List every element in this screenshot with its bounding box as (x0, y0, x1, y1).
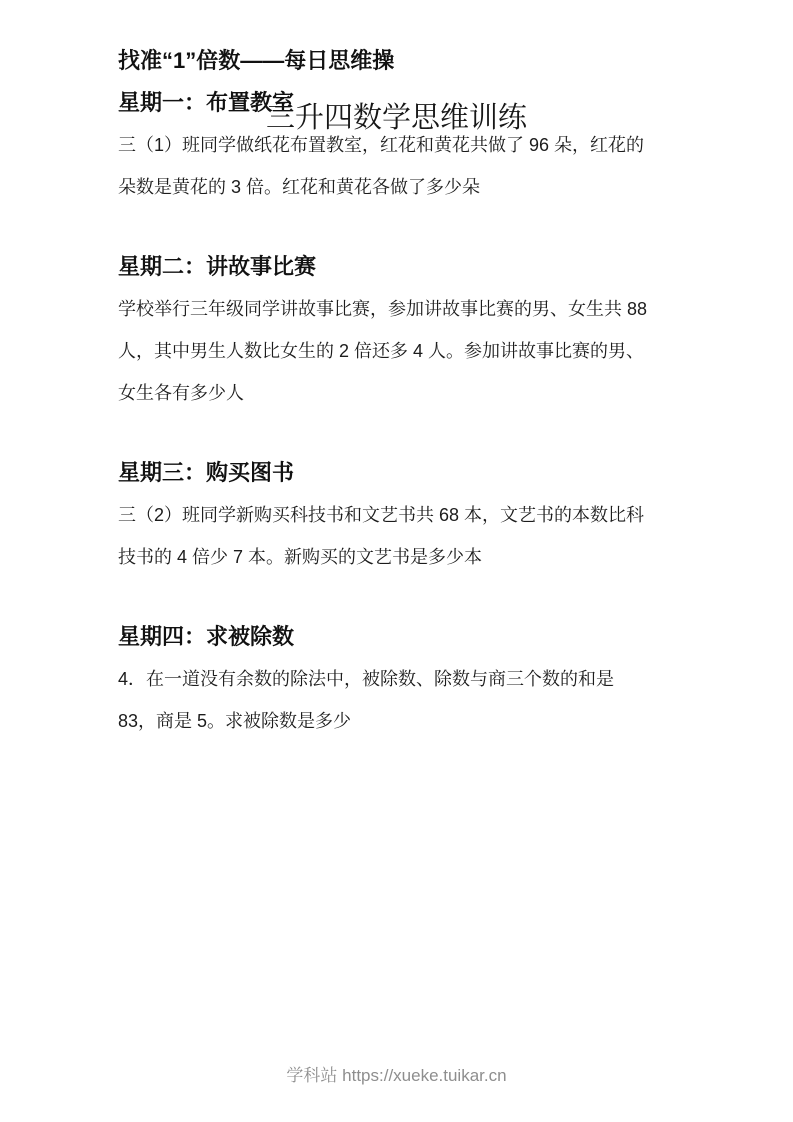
section-heading-thursday: 星期四：求被除数 (118, 616, 676, 658)
text-line: 人，其中男生人数比女生的 2 倍还多 4 人。参加讲故事比赛的男、 (118, 330, 676, 372)
problem-text-wednesday: 三（2）班同学新购买科技书和文艺书共 68 本，文艺书的本数比科 技书的 4 倍… (118, 494, 676, 578)
text-line: 三（2）班同学新购买科技书和文艺书共 68 本，文艺书的本数比科 (118, 494, 676, 536)
section-heading-tuesday: 星期二：讲故事比赛 (118, 246, 676, 288)
text-line: 4．在一道没有余数的除法中，被除数、除数与商三个数的和是 (118, 658, 676, 700)
section-tuesday: 星期二：讲故事比赛 学校举行三年级同学讲故事比赛，参加讲故事比赛的男、女生共 8… (118, 246, 676, 414)
text-line: 女生各有多少人 (118, 372, 676, 414)
text-line: 三（1）班同学做纸花布置教室，红花和黄花共做了 96 朵，红花的 (118, 124, 676, 166)
section-thursday: 星期四：求被除数 4．在一道没有余数的除法中，被除数、除数与商三个数的和是 83… (118, 616, 676, 742)
section-wednesday: 星期三：购买图书 三（2）班同学新购买科技书和文艺书共 68 本，文艺书的本数比… (118, 452, 676, 578)
document-page: 三升四数学思维训练 找准“1”倍数——每日思维操 星期一：布置教室 三（1）班同… (0, 0, 793, 1122)
text-line: 技书的 4 倍少 7 本。新购买的文艺书是多少本 (118, 536, 676, 578)
text-line: 朵数是黄花的 3 倍。红花和黄花各做了多少朵 (118, 166, 676, 208)
series-heading: 找准“1”倍数——每日思维操 (118, 40, 676, 82)
problem-text-tuesday: 学校举行三年级同学讲故事比赛，参加讲故事比赛的男、女生共 88 人，其中男生人数… (118, 288, 676, 414)
section-heading-monday: 星期一：布置教室 (118, 82, 676, 124)
text-line: 83，商是 5。求被除数是多少 (118, 700, 676, 742)
section-heading-wednesday: 星期三：购买图书 (118, 452, 676, 494)
footer-site-text: 学科站 https://xueke.tuikar.cn (286, 1066, 506, 1085)
problem-text-thursday: 4．在一道没有余数的除法中，被除数、除数与商三个数的和是 83，商是 5。求被除… (118, 658, 676, 742)
text-line: 学校举行三年级同学讲故事比赛，参加讲故事比赛的男、女生共 88 (118, 288, 676, 330)
footer-watermark: 学科站 https://xueke.tuikar.cn (0, 1064, 793, 1088)
section-monday: 星期一：布置教室 三（1）班同学做纸花布置教室，红花和黄花共做了 96 朵，红花… (118, 82, 676, 208)
problem-text-monday: 三（1）班同学做纸花布置教室，红花和黄花共做了 96 朵，红花的 朵数是黄花的 … (118, 124, 676, 208)
document-body: 找准“1”倍数——每日思维操 星期一：布置教室 三（1）班同学做纸花布置教室，红… (118, 0, 676, 742)
